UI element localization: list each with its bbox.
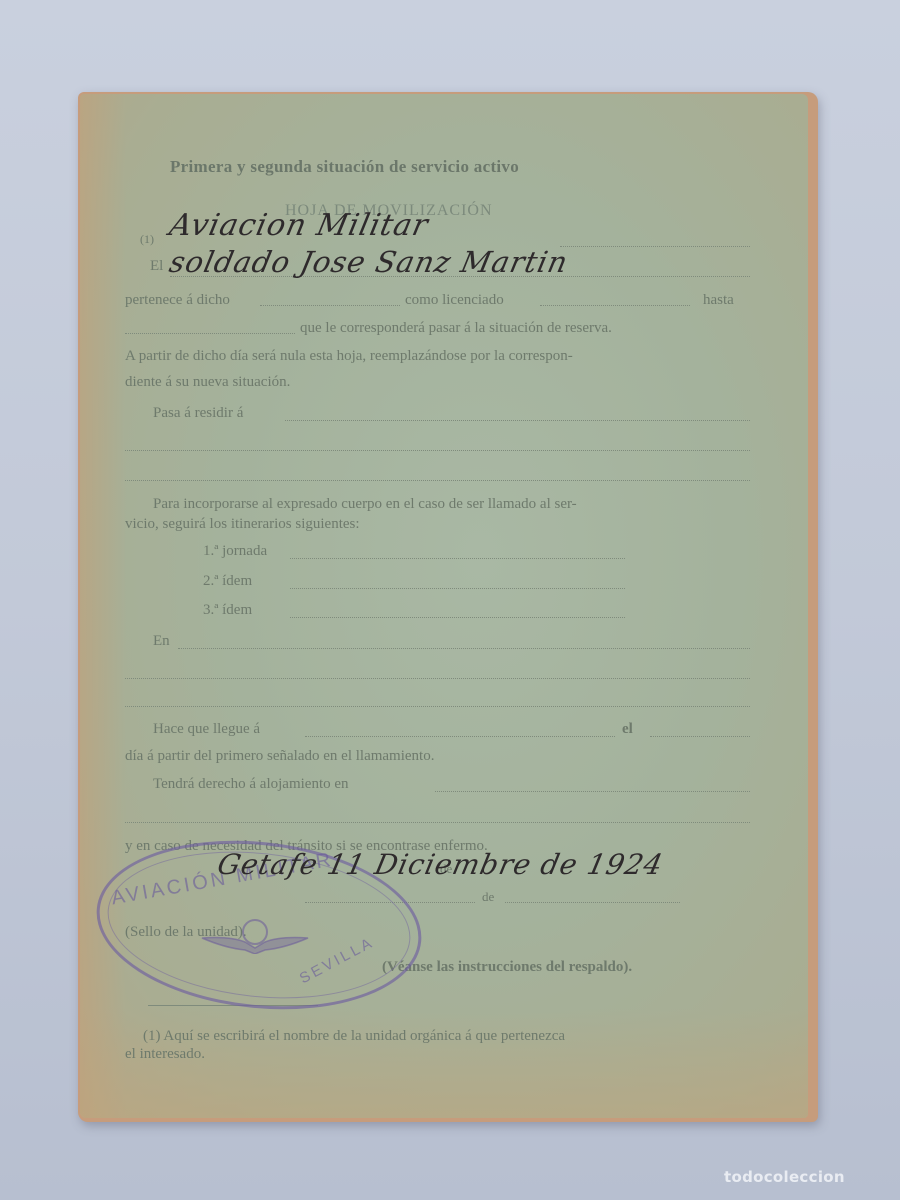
- dotted-line: [505, 902, 680, 903]
- text-diente: diente á su nueva situación.: [125, 373, 290, 391]
- label-el-date: el: [622, 720, 633, 738]
- text-para-incorporarse: Para incorporarse al expresado cuerpo en…: [153, 495, 577, 513]
- label-jornada-1: 1.ª jornada: [203, 542, 267, 560]
- dotted-line: [125, 450, 750, 451]
- text-que-le-corresponde: que le corresponderá pasar á la situació…: [300, 319, 612, 337]
- dotted-line: [125, 333, 295, 334]
- text-vease: (Véanse las instrucciones del respaldo).: [382, 958, 632, 976]
- label-pertenece: pertenece á dicho: [125, 291, 230, 309]
- text-dia-a-partir: día á partir del primero señalado en el …: [125, 747, 434, 765]
- dotted-line: [125, 706, 750, 707]
- dotted-line: [125, 678, 750, 679]
- dotted-line: [305, 736, 615, 737]
- text-vicio: vicio, seguirá los itinerarios siguiente…: [125, 515, 360, 533]
- dotted-line: [260, 305, 400, 306]
- handwritten-unit: Aviacion Militar: [166, 208, 431, 243]
- watermark: todocoleccion: [724, 1168, 845, 1186]
- aviation-wings-icon: [200, 918, 310, 954]
- label-idem-3: 3.ª ídem: [203, 601, 252, 619]
- dotted-line: [290, 617, 625, 618]
- dotted-line: [178, 648, 750, 649]
- label-idem-2: 2.ª ídem: [203, 572, 252, 590]
- label-como-licenciado: como licenciado: [405, 291, 504, 309]
- label-en: En: [153, 632, 170, 650]
- dotted-line: [540, 305, 690, 306]
- unit-line: [560, 246, 750, 247]
- dotted-line: [125, 822, 750, 823]
- dotted-line: [125, 480, 750, 481]
- label-pasa-a-residir: Pasa á residir á: [153, 404, 243, 422]
- note-marker: (1): [140, 230, 154, 248]
- dotted-line: [650, 736, 750, 737]
- label-de-2: de: [482, 888, 494, 906]
- label-el: El: [150, 257, 163, 275]
- handwritten-name: soldado Jose Sanz Martin: [166, 245, 571, 279]
- text-a-partir: A partir de dicho día será nula esta hoj…: [125, 347, 573, 365]
- dotted-line: [285, 420, 750, 421]
- footnote-line-1: (1) Aquí se escribirá el nombre de la un…: [143, 1027, 565, 1045]
- dotted-line: [290, 588, 625, 589]
- document-title: Primera y segunda situación de servicio …: [170, 158, 519, 176]
- dotted-line: [435, 791, 750, 792]
- footnote-line-2: el interesado.: [125, 1045, 205, 1063]
- dotted-line: [290, 558, 625, 559]
- label-tendra-derecho: Tendrá derecho á alojamiento en: [153, 775, 349, 793]
- handwritten-place-date: Getafe 11 Diciembre de 1924: [214, 848, 666, 881]
- label-hasta: hasta: [703, 291, 734, 309]
- label-hace-que-llegue: Hace que llegue á: [153, 720, 260, 738]
